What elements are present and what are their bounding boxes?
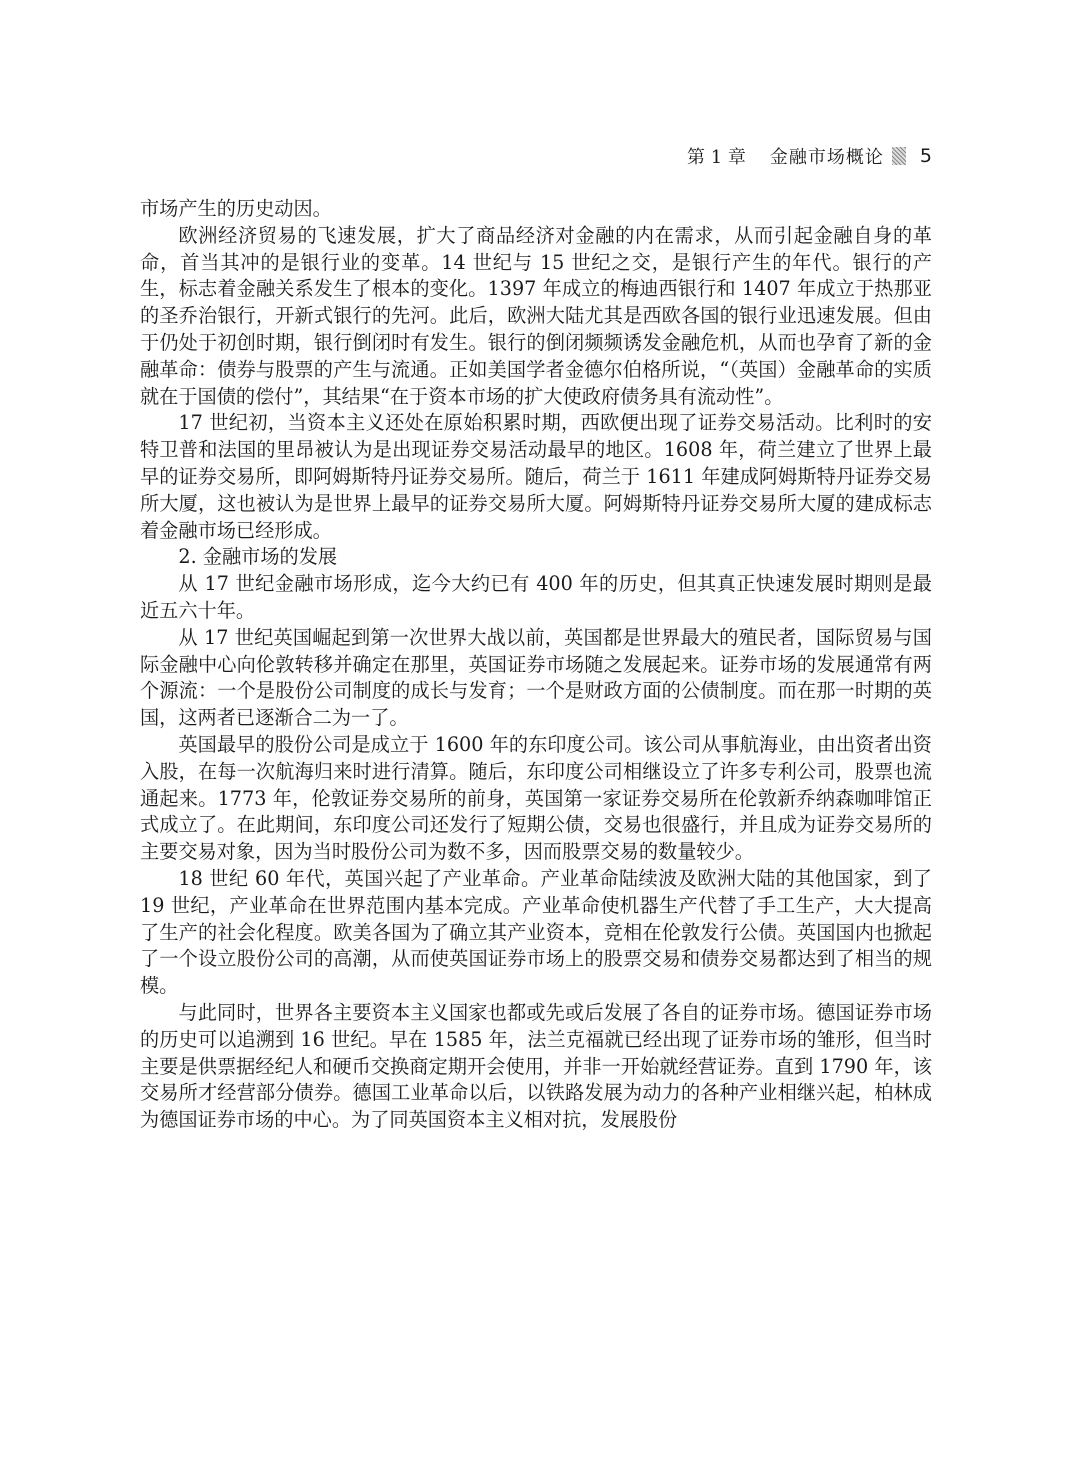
body-text: 市场产生的历史动因。 欧洲经济贸易的飞速发展，扩大了商品经济对金融的内在需求，从… (140, 196, 932, 1134)
shaded-block-ornament (892, 147, 906, 165)
chapter-title: 金融市场概论 (770, 143, 884, 169)
page-number: 5 (920, 145, 932, 167)
running-header: 第 1 章 金融市场概论 5 (687, 143, 932, 169)
paragraph: 18 世纪 60 年代，英国兴起了产业革命。产业革命陆续波及欧洲大陆的其他国家，… (140, 866, 932, 1000)
paragraph: 从 17 世纪英国崛起到第一次世界大战以前，英国都是世界最大的殖民者，国际贸易与… (140, 625, 932, 732)
paragraph-continuation: 市场产生的历史动因。 (140, 196, 932, 223)
section-heading: 2. 金融市场的发展 (140, 544, 932, 571)
paragraph: 英国最早的股份公司是成立于 1600 年的东印度公司。该公司从事航海业，由出资者… (140, 732, 932, 866)
paragraph: 从 17 世纪金融市场形成，迄今大约已有 400 年的历史，但其真正快速发展时期… (140, 571, 932, 625)
paragraph: 欧洲经济贸易的飞速发展，扩大了商品经济对金融的内在需求，从而引起金融自身的革命，… (140, 223, 932, 411)
paragraph: 17 世纪初，当资本主义还处在原始积累时期，西欧便出现了证券交易活动。比利时的安… (140, 410, 932, 544)
paragraph: 与此同时，世界各主要资本主义国家也都或先或后发展了各自的证券市场。德国证券市场的… (140, 1000, 932, 1134)
chapter-label: 第 1 章 (687, 143, 746, 169)
